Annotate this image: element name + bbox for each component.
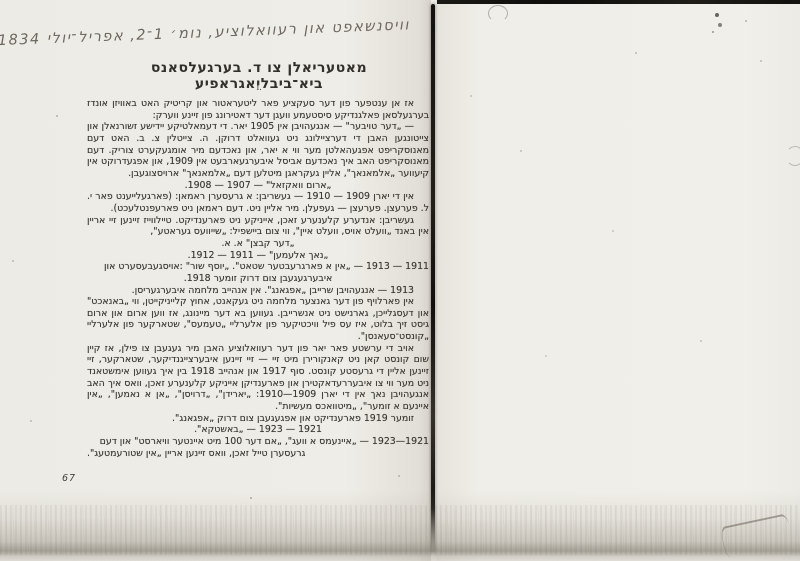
paragraph: איבערגעגעבן צום דרוק זומער 1918.	[87, 273, 429, 285]
scan-noise-grain	[0, 505, 800, 555]
scanned-right-page	[436, 0, 800, 561]
paragraph: „דער קבצן" א. א.	[87, 238, 429, 250]
scan-speckles	[0, 0, 2, 2]
scanner-edge-band	[437, 0, 800, 4]
paragraph: גרעסערן טייל זאכן, וואס זיינען אריין „אי…	[87, 448, 429, 460]
paragraph: זומער 1919 פארענדיקט און אפגעגעבן צום דר…	[87, 413, 429, 425]
paragraph: אויב די ערשטע פאר יאר פון דער רעוואלוציע…	[87, 343, 429, 413]
paragraph: אין די יארן 1909 — 1910 — געשריבן: א גרע…	[87, 191, 429, 214]
paragraph: 1921—1923 — „איינעמס א וועג", „אם דער 10…	[87, 436, 429, 448]
page-number: 67	[62, 473, 76, 484]
paragraph: 1921 — 1923 — „באשטקא".	[87, 424, 429, 436]
paragraph: אז אן ענטפער פון דער סעקציע פאר ליטעראטו…	[87, 98, 429, 121]
paragraph: אין פארלויף פון דער גאנצער מלחמה ניט געק…	[87, 296, 429, 343]
paragraph: 1913 — אנגעהויבן שרייבן „אפגאנג". אין אנ…	[87, 285, 429, 297]
body-text: אז אן ענטפער פון דער סעקציע פאר ליטעראטו…	[87, 98, 429, 459]
paragraph: „ארום וואקזאל" — 1907 — 1908.	[87, 180, 429, 192]
book-fold-shadow	[431, 4, 435, 552]
section-number: I.	[88, 82, 430, 92]
paragraph: 1911 — 1913 — „אין א פארגרעבטער שטאט". „…	[87, 261, 429, 273]
paragraph: — „דער טויבער" — אנגעהויבן אין 1905 יאר.…	[87, 121, 429, 179]
paragraph: „נאך אלעמען" — 1911 — 1912.	[87, 250, 429, 262]
paragraph: געשריבן: אנדערע קלענערע זאכן, אייניקע ני…	[87, 215, 429, 238]
circular-smudge-top	[488, 5, 508, 22]
circular-smudge-right	[786, 146, 800, 166]
